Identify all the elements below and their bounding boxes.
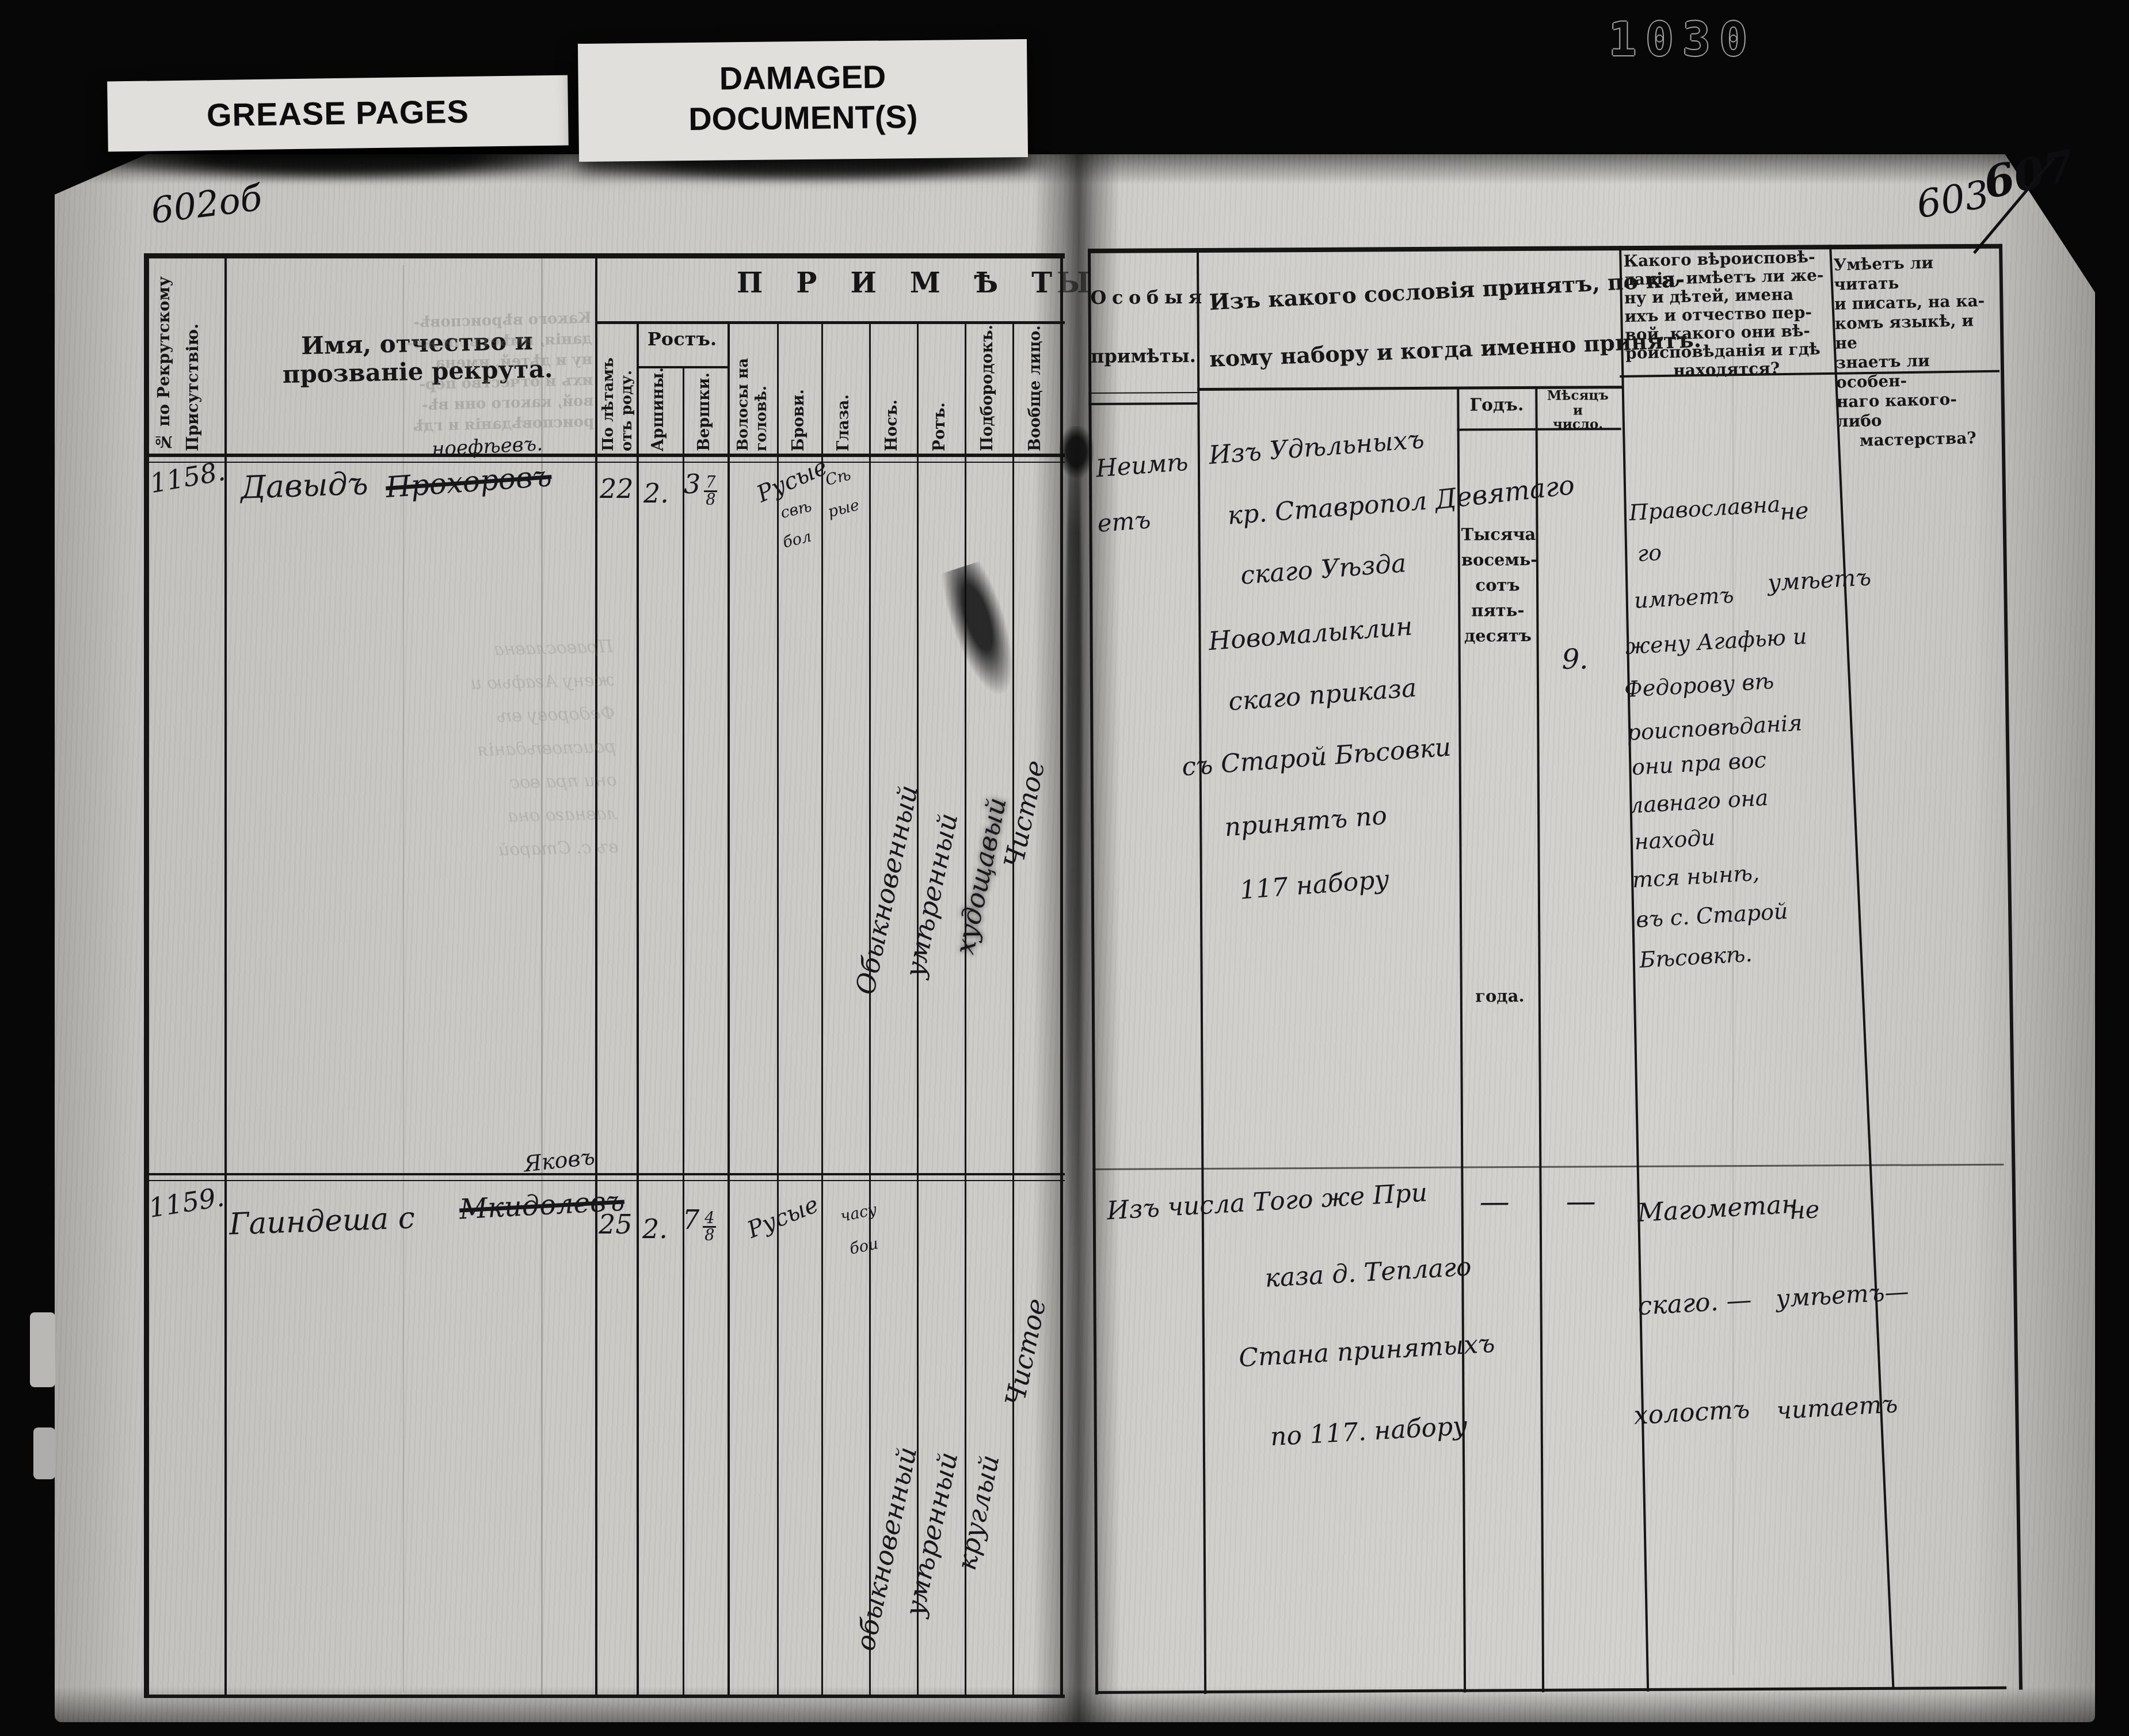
- header-hair: Волосы на: [734, 358, 752, 451]
- row1-estate-line: скаго Уѣзда: [1239, 549, 1407, 590]
- row1-faith-line: жену Агафью и: [1625, 623, 1808, 659]
- black-band-right: [2095, 0, 2129, 1736]
- table-line: [637, 321, 639, 1698]
- table-line: [917, 321, 919, 1698]
- header-literacy-line: знаетъ ли особен-: [1835, 349, 1997, 392]
- right-page-table: Особыя примѣты. Изъ какого сословія прин…: [1088, 243, 2108, 1699]
- row1-faith-line: въ с. Старой: [1635, 899, 1789, 932]
- bleed-line: жену Агафью и: [383, 664, 614, 703]
- row2-faith-line: Магометан: [1637, 1189, 1799, 1228]
- bleed-through-text: Православна жену Агафью и Федорову вѣ ро…: [383, 630, 619, 870]
- row1-estate-line: Изъ Удѣльныхъ: [1208, 425, 1425, 470]
- row1-age: 22: [600, 473, 634, 504]
- row2-estate-line: каза д. Теплаго: [1264, 1252, 1472, 1293]
- row2-vershok: 748: [683, 1204, 716, 1243]
- row2-estate-line: Стана принятыхъ: [1238, 1329, 1496, 1373]
- row1-estate-line: Новомалыклин: [1208, 612, 1414, 656]
- row1-faith-line: имѣетъ: [1633, 583, 1735, 614]
- header-hair-2: головѣ.: [753, 386, 770, 451]
- row1-arshin: 2.: [643, 478, 669, 509]
- row2-surname-correction: Яковъ: [523, 1144, 596, 1177]
- header-primety-banner: ПРИМѢТ: [737, 267, 1086, 299]
- black-band-bottom: [0, 1722, 2129, 1736]
- row2-year-dash: —: [1480, 1185, 1510, 1219]
- row1-hair-note: свѣ: [779, 497, 814, 522]
- header-literacy: Умѣетъ ли читать и писать, на ка- комъ я…: [1833, 252, 1999, 451]
- row1-surname-struck: Прохоровъ: [384, 459, 553, 504]
- table-line: [1092, 1164, 2004, 1170]
- row1-hair-note-2: бол: [781, 527, 813, 551]
- spine-paper-scrap: [30, 1312, 55, 1387]
- row1-faith-line: находи: [1633, 825, 1716, 855]
- row2-faith-line: скаго. —: [1637, 1285, 1752, 1321]
- header-eyes: Глаза.: [835, 394, 852, 451]
- table-line: [144, 1695, 1065, 1698]
- row1-month-day: 9.: [1562, 643, 1589, 675]
- header-literacy-line: Умѣетъ ли читать: [1833, 252, 1995, 294]
- damaged-document-slip: DAMAGED DOCUMENT(S): [578, 39, 1028, 162]
- row1-faith-line: Федорову вѣ: [1624, 668, 1774, 702]
- row1-faith-line: Бѣсовкѣ.: [1639, 941, 1753, 973]
- row1-faith-line: тся нынѣ,: [1632, 860, 1760, 893]
- row1-year-printed: Тысяча восемь- сотъ пять- десятъ: [1461, 521, 1534, 649]
- table-line: [1999, 244, 2023, 1690]
- row2-hair: Русые: [744, 1191, 822, 1244]
- row1-faith-line: Православна: [1628, 492, 1781, 526]
- gutter-ink-blot: [1059, 426, 1094, 478]
- row1-estate-line: скаго приказа: [1228, 673, 1418, 717]
- row2-arshin: 2.: [642, 1213, 668, 1244]
- header-recruit-number: № по Рекрутскому: [154, 276, 173, 451]
- row1-vershok: 378: [684, 469, 717, 508]
- year-printed-line: восемь-: [1461, 547, 1534, 573]
- row1-year-handwritten: Девятаго: [1433, 469, 1576, 515]
- header-rost: Ростъ.: [637, 328, 728, 350]
- header-literacy-line: комъ языкѣ, и не: [1834, 310, 1996, 353]
- header-estate: Изъ какого сословія принятъ, по ка-: [1209, 269, 1612, 315]
- row1-year-printed-bottom: года.: [1464, 986, 1536, 1006]
- row1-literacy-line: не: [1779, 497, 1810, 526]
- year-printed-line: десятъ: [1461, 623, 1534, 649]
- row1-estate-line: 117 набору: [1239, 865, 1390, 905]
- header-month: Мѣсяцъ: [1537, 387, 1618, 403]
- bleed-line: въ с. Старой: [388, 831, 619, 870]
- header-recruit-number-2: Присутствію.: [183, 323, 202, 451]
- bleed-line: они пра вос: [386, 764, 617, 803]
- table-line: [144, 462, 1065, 463]
- left-page-table: № по Рекрутскому Присутствію. Имя, отчес…: [144, 253, 1065, 1699]
- vershok-whole: 3: [684, 469, 700, 500]
- row2-faith-line: холостъ: [1633, 1395, 1750, 1431]
- header-brows: Брови.: [790, 389, 808, 451]
- row1-estate-line: кр. Ставропол: [1227, 486, 1428, 531]
- spine-paper-scrap: [33, 1427, 55, 1479]
- table-line: [1012, 321, 1014, 1698]
- header-nose: Носъ.: [883, 399, 901, 451]
- header-faith: Какого вѣроисповѣ- данія, имѣетъ ли же- …: [1623, 248, 1827, 381]
- row2-month-dash: —: [1566, 1184, 1596, 1219]
- header-chin: Подбородокъ.: [978, 325, 996, 451]
- table-line: [1535, 387, 1544, 1692]
- row2-hair-note-2: бои: [848, 1235, 879, 1258]
- vershok-denominator: 8: [704, 492, 717, 508]
- vershok-numerator: 7: [704, 475, 717, 492]
- header-age-2: отъ роду.: [618, 370, 635, 451]
- vershok-numerator: 4: [703, 1210, 716, 1228]
- table-line: [144, 1180, 1065, 1181]
- table-line: [869, 321, 871, 1698]
- bleed-line: роисповѣданія: [385, 730, 616, 770]
- table-line: [144, 253, 1065, 258]
- header-literacy-line: мастерства?: [1837, 428, 1999, 451]
- row2-hair-note: часу: [839, 1201, 878, 1226]
- header-age: По лѣтамъ: [600, 357, 617, 451]
- header-vershok: Вершки.: [695, 372, 713, 451]
- row1-eyes-2: рые: [826, 496, 861, 521]
- table-line: [1095, 1686, 2006, 1694]
- header-arshin: Аршины.: [649, 367, 667, 451]
- row1-faith-line: роисповѣданія: [1626, 710, 1803, 745]
- table-line: [777, 321, 779, 1698]
- table-line: [144, 1173, 1065, 1175]
- bleed-line: лавнаго она: [387, 797, 618, 836]
- year-printed-line: Тысяча: [1461, 521, 1533, 547]
- row1-literacy-line: умѣетъ: [1767, 564, 1872, 596]
- table-line: [1197, 248, 1206, 1694]
- row2-first-name: Гаиндеша с: [228, 1201, 416, 1242]
- row2-estate-line: по 117. набору: [1270, 1411, 1468, 1452]
- grease-pages-label: GREASE PAGES: [107, 75, 569, 151]
- row2-literacy-line: не: [1788, 1195, 1820, 1225]
- row2-estate-line: Изъ числа Того же При: [1106, 1178, 1429, 1225]
- vershok-denominator: 8: [703, 1228, 716, 1243]
- row1-faith-line: они пра вос: [1631, 747, 1767, 780]
- header-month-3: число.: [1538, 416, 1618, 432]
- year-printed-line: сотъ пять-: [1461, 572, 1534, 623]
- vershok-whole: 7: [683, 1204, 699, 1235]
- header-estate-2: кому набору и когда именно принятъ.: [1209, 330, 1612, 372]
- bleed-line: Федорову вѣ: [384, 697, 615, 736]
- table-line: [595, 321, 1065, 324]
- table-line: [595, 253, 597, 1698]
- table-line: [144, 454, 1065, 457]
- header-mouth: Ротъ.: [931, 402, 949, 451]
- table-line: [728, 321, 730, 1698]
- header-year: Годъ.: [1459, 395, 1534, 416]
- table-line: [821, 321, 823, 1698]
- gutter-ink-streak: [1066, 403, 1082, 1266]
- header-literacy-line: наго какого-либо: [1837, 389, 1998, 431]
- row1-first-name: Давыдъ: [240, 465, 369, 506]
- row1-faith-line: го: [1637, 540, 1663, 566]
- damaged-label-line2: DOCUMENT(S): [578, 96, 1028, 140]
- bleed-line: Православна: [383, 630, 614, 669]
- row1-estate-line: съ Старой Бѣсовки: [1180, 732, 1452, 782]
- grease-pages-slip: GREASE PAGES: [107, 75, 569, 151]
- frame-counter: 1030: [1609, 13, 1757, 66]
- bleed-through-text: Какого вѣроисповѣ- данія, имѣетъ ли же- …: [349, 308, 595, 439]
- damaged-label-line1: DAMAGED: [578, 55, 1027, 100]
- row2-age: 25: [599, 1209, 633, 1240]
- row2-literacy-line: умѣетъ—: [1775, 1277, 1909, 1313]
- row1-faith-line: лавнаго она: [1629, 785, 1769, 818]
- row1-estate-line: принятъ по: [1224, 801, 1388, 842]
- table-line: [683, 366, 684, 1698]
- row2-number: 1159.: [147, 1181, 227, 1224]
- table-line: [1829, 245, 1895, 1689]
